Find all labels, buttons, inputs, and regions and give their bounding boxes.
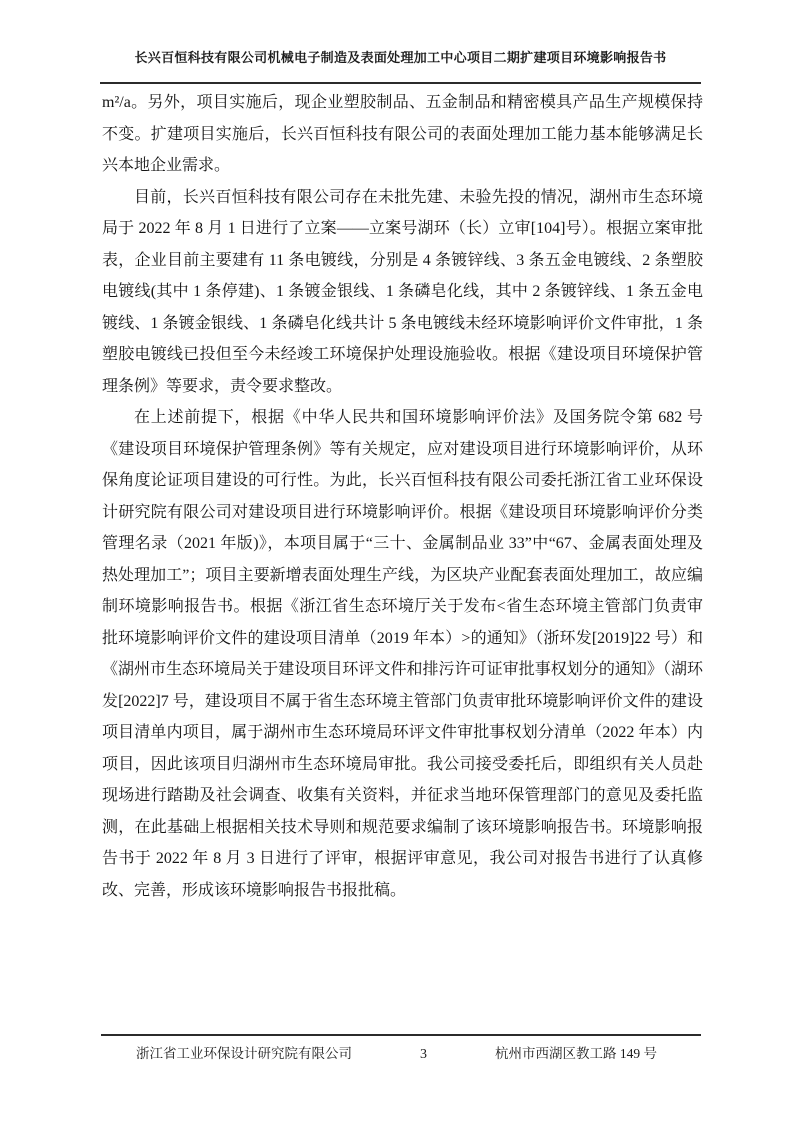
page-footer: 浙江省工业环保设计研究院有限公司 3 杭州市西湖区教工路 149 号	[101, 1034, 701, 1063]
footer-address: 杭州市西湖区教工路 149 号	[495, 1042, 657, 1062]
document-page: 长兴百恒科技有限公司机械电子制造及表面处理加工中心项目二期扩建项目环境影响报告书…	[0, 0, 800, 1132]
document-body: m²/a。另外，项目实施后，现企业塑胶制品、五金制品和精密模具产品生产规模保持不…	[102, 87, 703, 906]
page-header: 长兴百恒科技有限公司机械电子制造及表面处理加工中心项目二期扩建项目环境影响报告书	[100, 49, 701, 84]
footer-row: 浙江省工业环保设计研究院有限公司 3 杭州市西湖区教工路 149 号	[101, 1036, 701, 1063]
paragraph-filing-status: 目前，长兴百恒科技有限公司存在未批先建、未验先投的情况，湖州市生态环境局于 20…	[102, 182, 703, 403]
footer-organization: 浙江省工业环保设计研究院有限公司	[136, 1042, 352, 1062]
paragraph-eia-basis: 在上述前提下，根据《中华人民共和国环境影响评价法》及国务院令第 682 号《建设…	[102, 402, 703, 906]
footer-page-number: 3	[420, 1047, 427, 1063]
report-title: 长兴百恒科技有限公司机械电子制造及表面处理加工中心项目二期扩建项目环境影响报告书	[100, 49, 701, 67]
paragraph-continuation: m²/a。另外，项目实施后，现企业塑胶制品、五金制品和精密模具产品生产规模保持不…	[102, 87, 703, 182]
header-rule	[100, 82, 701, 84]
